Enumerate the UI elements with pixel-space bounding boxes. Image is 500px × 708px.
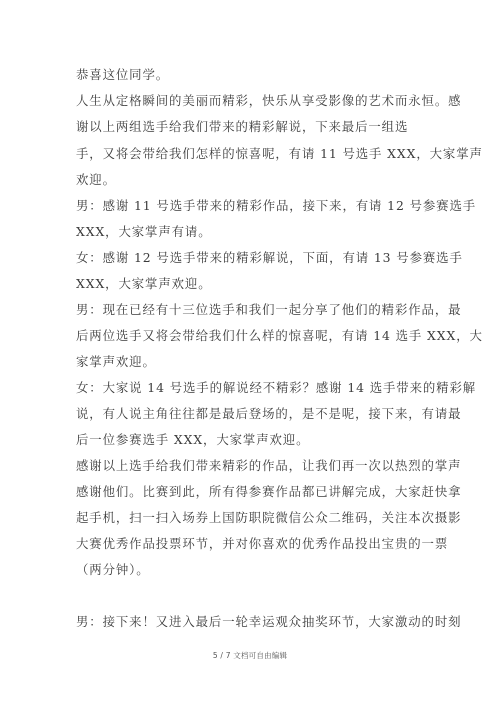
text-line: 家掌声欢迎。: [76, 354, 156, 370]
text-line: 后两位选手又将会带给我们什么样的惊喜呢，有请 14 选手 XXX，大: [76, 328, 483, 344]
text-line: 感谢以上选手给我们带来精彩的作品，让我们再一次以热烈的掌声: [76, 458, 461, 474]
text-line: 女：感谢 12 号选手带来的精彩解说，下面，有请 13 号参赛选手: [76, 250, 463, 266]
text-line: 男：感谢 11 号选手带来的精彩作品，接下来，有请 12 号参赛选手: [76, 198, 476, 214]
text-line: 说，有人说主角往往都是最后登场的，是不是呢，接下来，有请最: [76, 406, 461, 422]
text-line: 感谢他们。比赛到此，所有得参赛作品都已讲解完成，大家赶快拿: [76, 484, 461, 500]
text-line: 女：大家说 14 号选手的解说经不精彩？感谢 14 选手带来的精彩解: [76, 380, 476, 396]
text-line: 手，又将会带给我们怎样的惊喜呢，有请 11 号选手 XXX，大家掌声: [76, 146, 483, 162]
text-line: 欢迎。: [76, 172, 116, 188]
text-line: （两分钟）。: [76, 562, 150, 578]
text-line: XXX，大家掌声欢迎。: [76, 276, 212, 292]
text-line: 恭喜这位同学。: [76, 67, 169, 83]
text-line: 后一位参赛选手 XXX，大家掌声欢迎。: [76, 432, 309, 448]
text-line: 人生从定格瞬间的美丽而精彩，快乐从享受影像的艺术而永恒。感: [76, 93, 461, 109]
text-line: 男：接下来！又进入最后一轮幸运观众抽奖环节，大家激动的时刻: [76, 614, 461, 630]
text-line: 起手机，扫一扫入场券上国防职院微信公众二维码，关注本次摄影: [76, 510, 461, 526]
text-line: XXX，大家掌声有请。: [76, 224, 212, 240]
page-footer: 5 / 7 文档可自由编辑: [0, 650, 500, 661]
text-line: 大赛优秀作品投票环节，并对你喜欢的优秀作品投出宝贵的一票: [76, 536, 448, 552]
text-line: 男：现在已经有十三位选手和我们一起分享了他们的精彩作品，最: [76, 302, 461, 318]
document-page: 恭喜这位同学。 人生从定格瞬间的美丽而精彩，快乐从享受影像的艺术而永恒。感 谢以…: [0, 0, 500, 708]
text-line: 谢以上两组选手给我们带来的精彩解说，下来最后一组选: [76, 119, 408, 135]
